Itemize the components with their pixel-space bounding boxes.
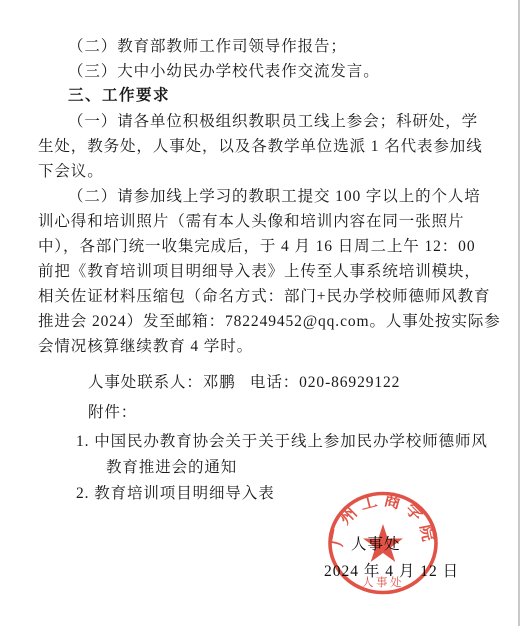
contact-line: 人事处联系人：邓鹏 电话：020-86929122 xyxy=(88,374,400,391)
official-seal: 广州工商学院 人事处 xyxy=(326,491,440,597)
seal-star-icon xyxy=(363,524,403,562)
page-right-edge xyxy=(518,0,520,626)
requirement-2-line-7: 会情况核算继续教育 4 学时。 xyxy=(38,338,253,355)
requirement-2-line-4: 前把《教育培训项目明细导入表》上传至人事系统培训模块， xyxy=(38,263,481,280)
requirement-2-line-2: 训心得和培训照片（需有本人头像和培训内容在同一张照片 xyxy=(38,213,464,230)
requirement-2-line-1: （二）请参加线上学习的教职工提交 100 字以上的个人培 xyxy=(68,188,481,205)
section-heading-work-requirements: 三、工作要求 xyxy=(68,87,170,104)
document-page: （二）教育部教师工作司领导作报告； （三）大中小幼民办学校代表作交流发言。 三、… xyxy=(0,0,528,626)
agenda-item-3: （三）大中小幼民办学校代表作交流发言。 xyxy=(68,63,380,80)
attachment-1-line-1: 1. 中国民办教育协会关于关于线上参加民办学校师德师风 xyxy=(76,433,488,450)
attachment-1-line-2: 教育推进会的通知 xyxy=(106,459,237,476)
requirement-2-line-3: 中），各部门统一收集完成后，于 4 月 16 日周二上午 12：00 xyxy=(38,238,475,255)
requirement-1-line-1: （一）请各单位积极组织教职员工线上参会；科研处，学 xyxy=(68,113,478,130)
requirement-2-line-6: 推进会 2024）发至邮箱：782249452@qq.com。人事处按实际参 xyxy=(38,313,501,330)
attachment-2: 2. 教育培训项目明细导入表 xyxy=(76,485,275,502)
requirement-1-line-2: 生处，教务处，人事处，以及各教学单位选派 1 名代表参加线 xyxy=(38,138,483,155)
requirement-2-line-5: 相关佐证材料压缩包（命名方式：部门+民办学校师德师风教育 xyxy=(38,288,490,305)
requirement-1-line-3: 下会议。 xyxy=(38,163,104,180)
agenda-item-2: （二）教育部教师工作司领导作报告； xyxy=(68,38,347,55)
seal-department-text: 人事处 xyxy=(362,575,404,589)
attachments-label: 附件： xyxy=(88,404,137,421)
